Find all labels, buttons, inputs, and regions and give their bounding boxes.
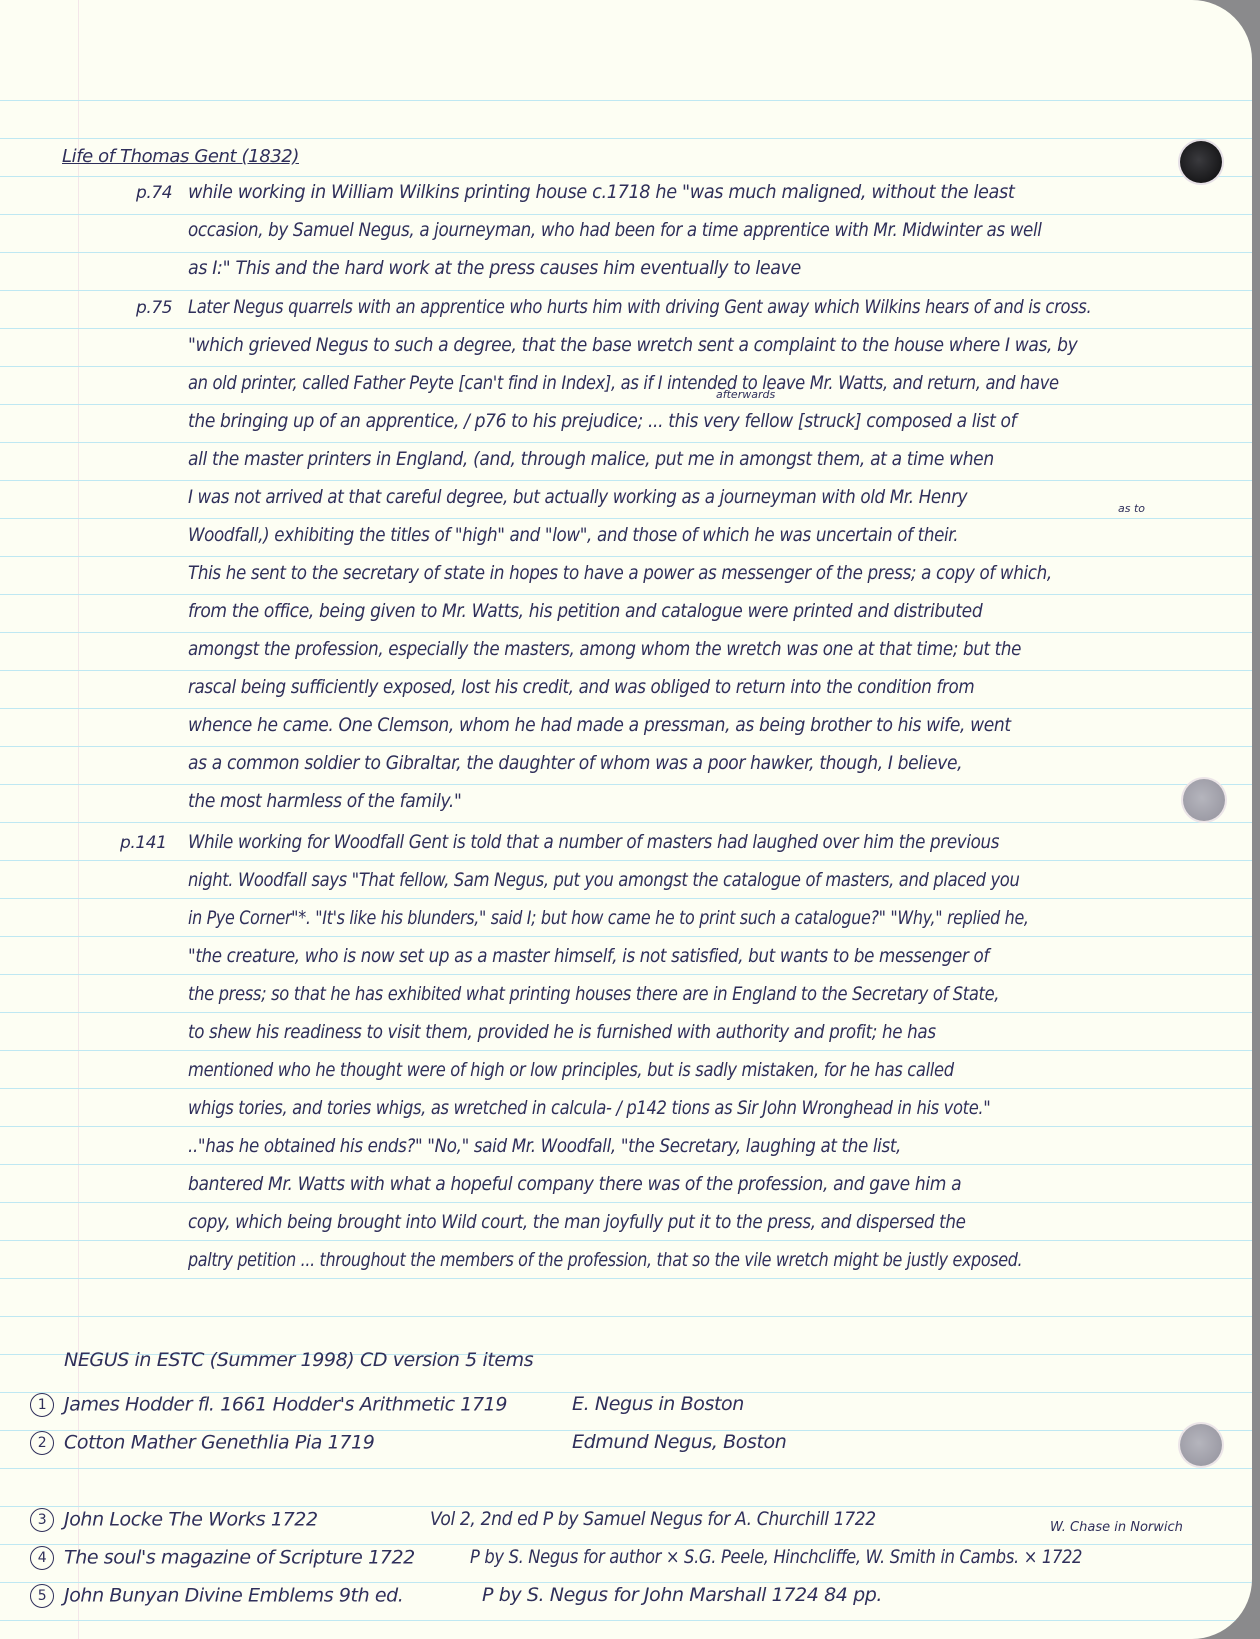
punch-hole — [1180, 141, 1222, 183]
note-line: rascal being sufficiently exposed, lost … — [188, 676, 974, 698]
note-line: all the master printers in England, (and… — [188, 448, 994, 470]
note-line: the bringing up of an apprentice, / p76 … — [188, 410, 1016, 432]
note-line: to shew his readiness to visit them, pro… — [188, 1021, 936, 1043]
note-line: the press; so that he has exhibited what… — [188, 983, 999, 1005]
note-line: mentioned who he thought were of high or… — [188, 1059, 954, 1081]
ruled-line — [0, 556, 1252, 557]
ruled-line — [0, 708, 1252, 709]
note-line: from the office, being given to Mr. Watt… — [188, 600, 982, 622]
ruled-line — [0, 1240, 1252, 1241]
ruled-line — [0, 936, 1252, 937]
note-line: whigs tories, and tories whigs, as wretc… — [188, 1097, 990, 1119]
ruled-line — [0, 1202, 1252, 1203]
page-ref: p.141 — [120, 833, 167, 853]
page-heading: Life of Thomas Gent (1832) — [62, 146, 299, 167]
estc-item: 5John Bunyan Divine Emblems 9th ed. — [30, 1584, 403, 1608]
ruled-line — [0, 784, 1252, 785]
notebook-page: Life of Thomas Gent (1832) p.74 while wo… — [0, 0, 1252, 1639]
note-line: "the creature, who is now set up as a ma… — [188, 945, 989, 967]
page-ref: p.74 — [136, 183, 172, 203]
ruled-line — [0, 480, 1252, 481]
note-line: .."has he obtained his ends?" "No," said… — [188, 1135, 901, 1157]
ruled-line — [0, 1088, 1252, 1089]
ruled-line — [0, 1012, 1252, 1013]
ruled-line — [0, 1506, 1252, 1507]
note-line: Woodfall,) exhibiting the titles of "hig… — [188, 524, 958, 546]
ruled-line — [0, 366, 1252, 367]
ruled-line — [0, 176, 1252, 177]
estc-item: 1James Hodder fl. 1661 Hodder's Arithmet… — [30, 1393, 507, 1417]
note-line: copy, which being brought into Wild cour… — [188, 1211, 966, 1233]
ruled-line — [0, 1126, 1252, 1127]
note-line: while working in William Wilkins printin… — [188, 181, 1014, 203]
estc-heading: NEGUS in ESTC (Summer 1998) CD version 5… — [64, 1349, 533, 1371]
item-number: 4 — [30, 1546, 54, 1570]
item-title: Cotton Mather Genethlia Pia 1719 — [64, 1432, 374, 1454]
ruled-line — [0, 860, 1252, 861]
item-note: P by S. Negus for John Marshall 1724 84 … — [482, 1584, 882, 1606]
item-note: Edmund Negus, Boston — [572, 1431, 786, 1453]
note-line: the most harmless of the family." — [188, 790, 461, 812]
item-number: 5 — [30, 1584, 54, 1608]
ruled-line — [0, 974, 1252, 975]
ruled-line — [0, 404, 1252, 405]
note-line: Later Negus quarrels with an apprentice … — [188, 296, 1091, 318]
estc-item: 3John Locke The Works 1722 — [30, 1508, 318, 1532]
note-line: This he sent to the secretary of state i… — [188, 562, 1052, 584]
ruled-line — [0, 1544, 1252, 1545]
ruled-line — [0, 138, 1252, 139]
item-title: John Bunyan Divine Emblems 9th ed. — [64, 1585, 403, 1607]
insertion-note: as to — [1118, 502, 1145, 515]
ruled-line — [0, 252, 1252, 253]
ruled-line — [0, 594, 1252, 595]
note-line: I was not arrived at that careful degree… — [188, 486, 967, 508]
ruled-line — [0, 632, 1252, 633]
ruled-line — [0, 898, 1252, 899]
insertion-note: afterwards — [716, 388, 775, 401]
ruled-line — [0, 518, 1252, 519]
note-line: amongst the profession, especially the m… — [188, 638, 1021, 660]
item-title: The soul's magazine of Scripture 1722 — [64, 1547, 415, 1569]
estc-item: 4The soul's magazine of Scripture 1722 — [30, 1546, 415, 1570]
ruled-line — [0, 1316, 1252, 1317]
ruled-line — [0, 100, 1252, 101]
note-line: whence he came. One Clemson, whom he had… — [188, 714, 1011, 736]
ruled-line — [0, 1050, 1252, 1051]
item-number: 2 — [30, 1431, 54, 1455]
item-title: James Hodder fl. 1661 Hodder's Arithmeti… — [64, 1394, 507, 1416]
ruled-line — [0, 1278, 1252, 1279]
item-number: 1 — [30, 1393, 54, 1417]
ruled-line — [0, 1468, 1252, 1469]
item-title: John Locke The Works 1722 — [64, 1509, 318, 1531]
note-line: bantered Mr. Watts with what a hopeful c… — [188, 1173, 961, 1195]
note-line: occasion, by Samuel Negus, a journeyman,… — [188, 219, 1042, 241]
ruled-line — [0, 442, 1252, 443]
note-line: While working for Woodfall Gent is told … — [188, 831, 999, 853]
ruled-line — [0, 822, 1252, 823]
punch-hole — [1180, 1424, 1222, 1466]
note-line: as I:" This and the hard work at the pre… — [188, 257, 801, 279]
ruled-line — [0, 328, 1252, 329]
ruled-line — [0, 290, 1252, 291]
page-ref: p.75 — [136, 298, 172, 318]
note-line: night. Woodfall says "That fellow, Sam N… — [188, 869, 1019, 891]
ruled-line — [0, 746, 1252, 747]
note-line: as a common soldier to Gibraltar, the da… — [188, 752, 962, 774]
item-number: 3 — [30, 1508, 54, 1532]
item-note: E. Negus in Boston — [572, 1393, 744, 1415]
ruled-line — [0, 1164, 1252, 1165]
margin-annotation: W. Chase in Norwich — [1050, 1520, 1183, 1535]
note-line: "which grieved Negus to such a degree, t… — [188, 334, 1077, 356]
note-line: paltry petition ... throughout the membe… — [188, 1249, 1022, 1271]
note-line: an old printer, called Father Peyte [can… — [188, 372, 1059, 394]
note-line: in Pye Corner"*. "It's like his blunders… — [188, 907, 1029, 929]
ruled-line — [0, 1620, 1252, 1621]
item-note: P by S. Negus for author × S.G. Peele, H… — [470, 1546, 1082, 1568]
ruled-line — [0, 214, 1252, 215]
item-note: Vol 2, 2nd ed P by Samuel Negus for A. C… — [430, 1508, 876, 1530]
punch-hole — [1183, 779, 1225, 821]
ruled-line — [0, 1582, 1252, 1583]
ruled-line — [0, 670, 1252, 671]
estc-item: 2Cotton Mather Genethlia Pia 1719 — [30, 1431, 374, 1455]
